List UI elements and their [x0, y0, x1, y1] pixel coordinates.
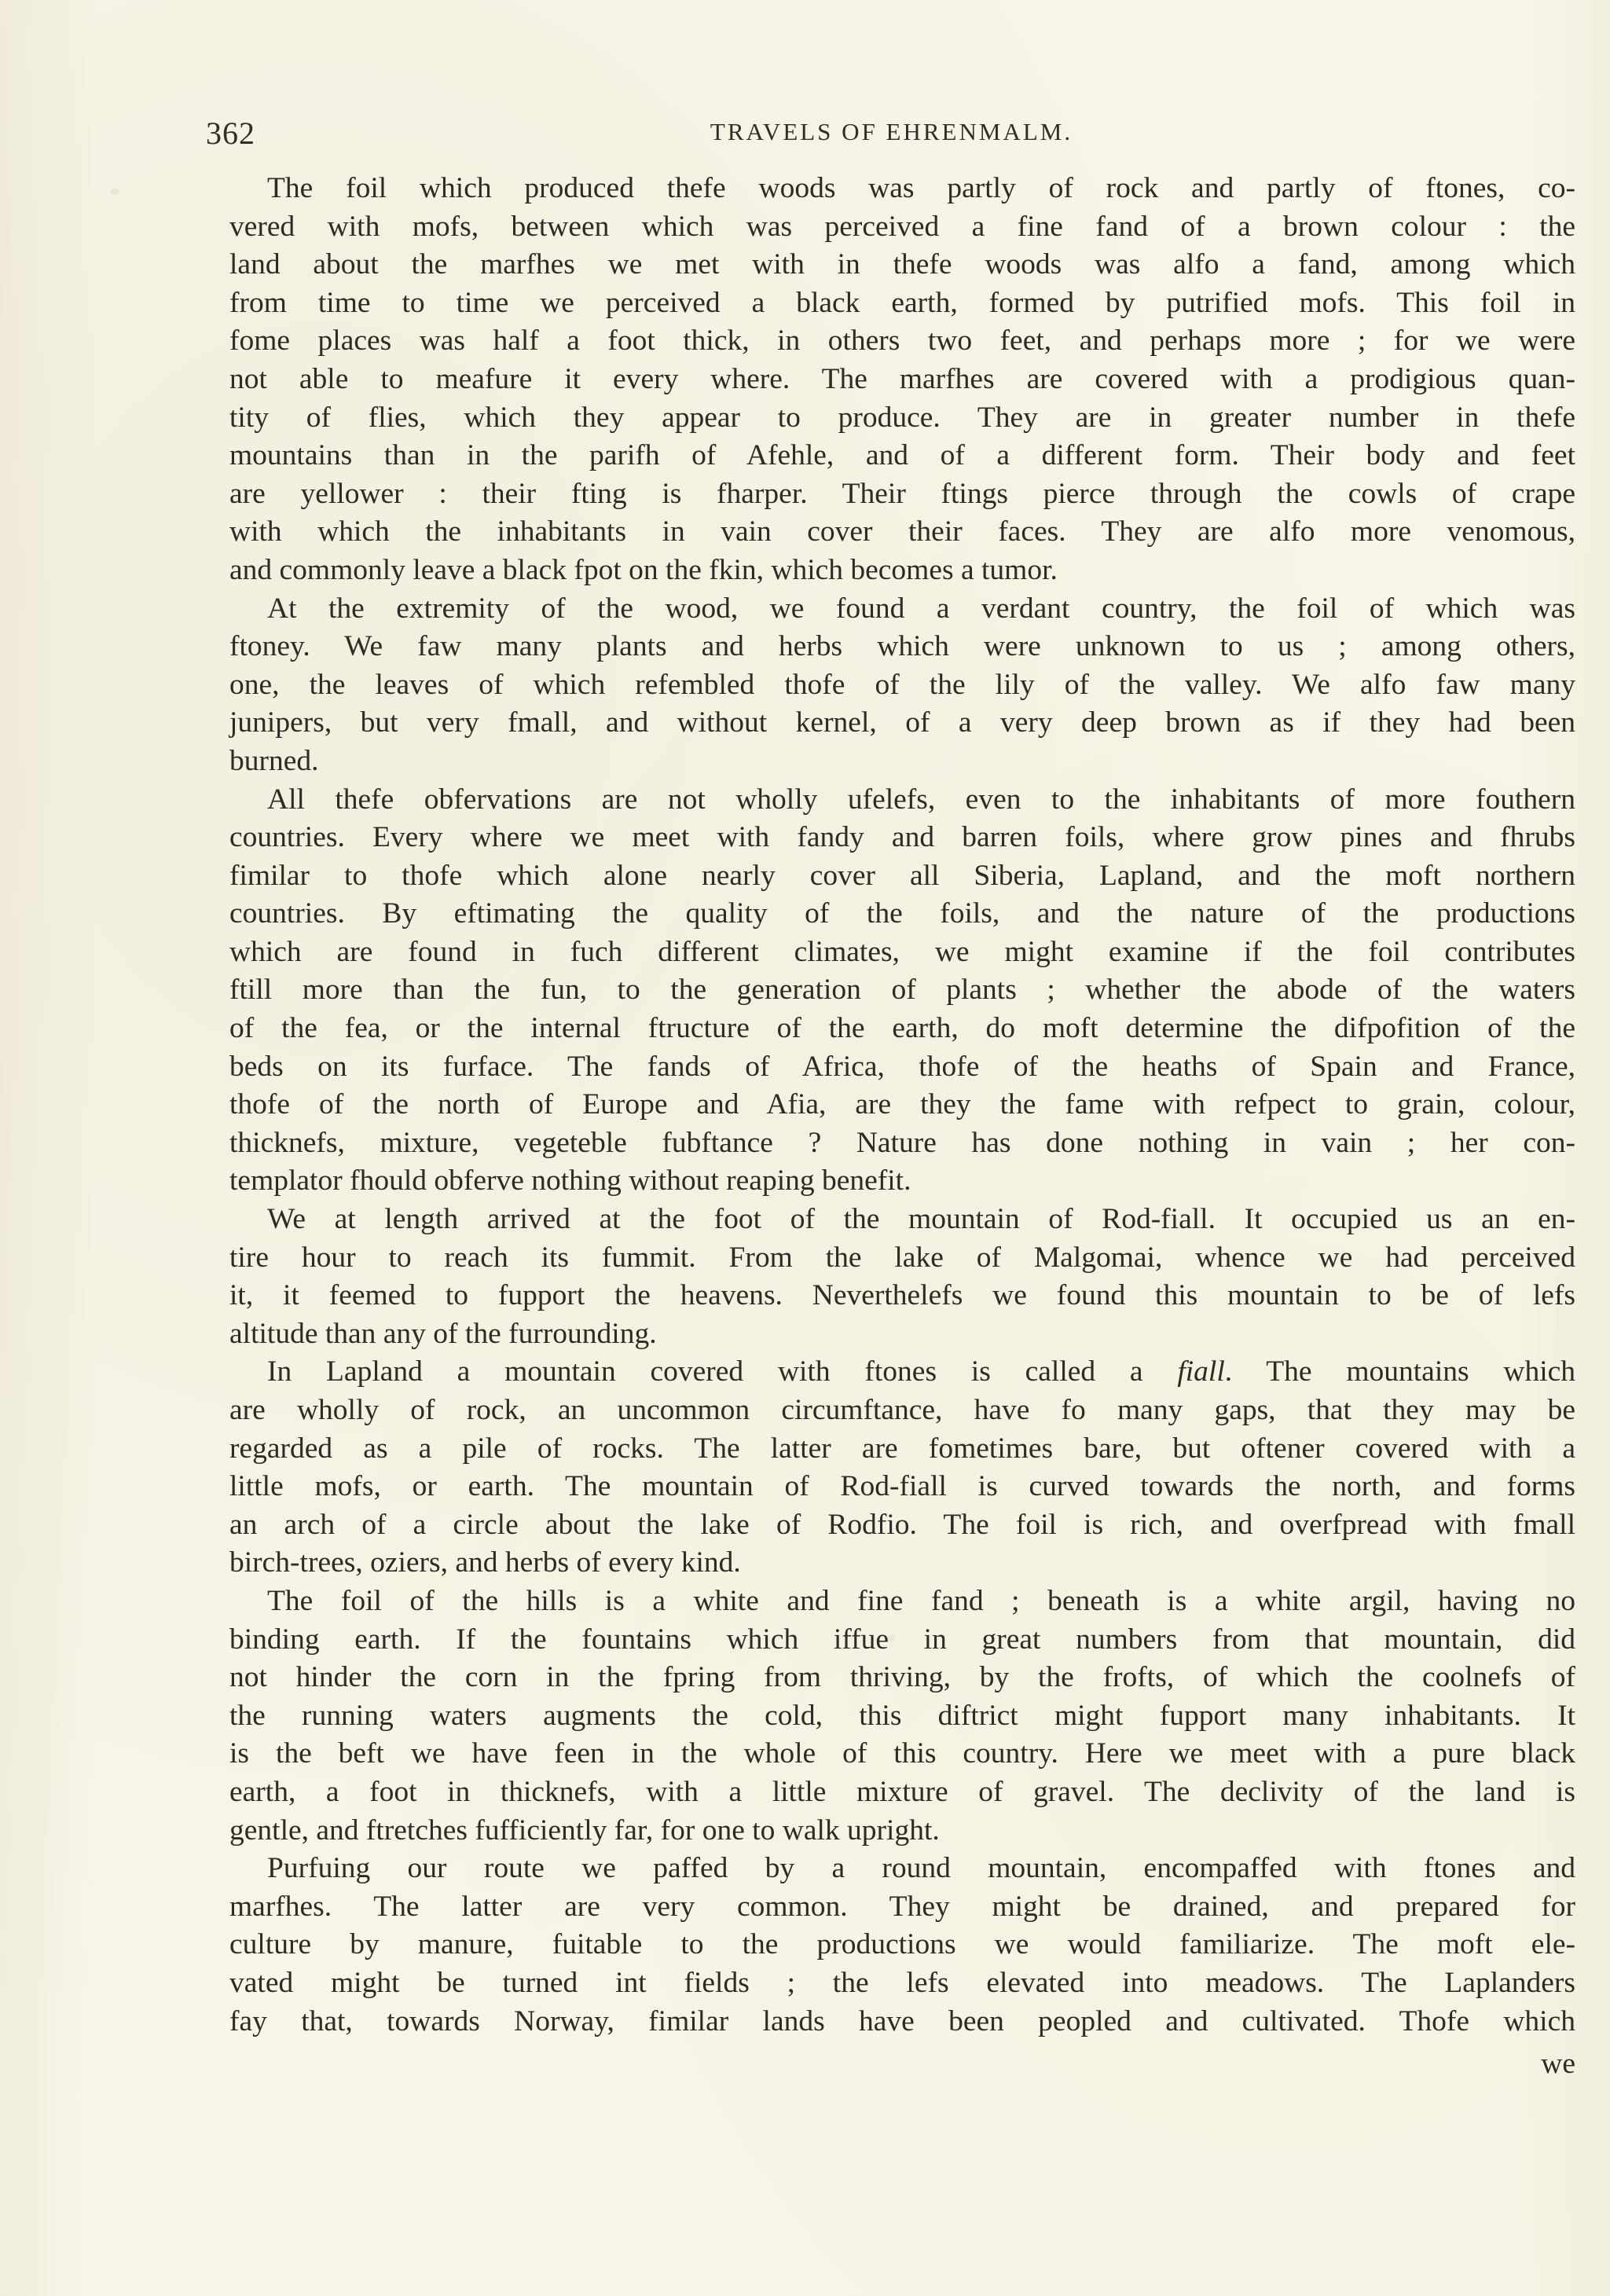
text-line: altitude than any of the furrounding.: [229, 1315, 1575, 1354]
text-line: from time to time we perceived a black e…: [229, 284, 1575, 323]
text-line: it, it feemed to fupport the heavens. Ne…: [229, 1277, 1575, 1315]
text-line: of the fea, or the internal ftructure of…: [229, 1010, 1575, 1048]
text-line: beds on its furface. The fands of Africa…: [229, 1048, 1575, 1087]
paragraph-hills-soil: The foil of the hills is a white and fin…: [229, 1583, 1575, 1850]
body-text: The foil which produced thefe woods was …: [229, 170, 1575, 2041]
text-line: ftill more than the fun, to the generati…: [229, 971, 1575, 1010]
text-line: are yellower : their fting is fharper. T…: [229, 475, 1575, 514]
book-page: 362 TRAVELS OF EHRENMALM. The foil which…: [0, 0, 1610, 2296]
text-segment: In Lapland a mountain covered with ftone…: [267, 1355, 1177, 1388]
text-line: fimilar to thofe which alone nearly cove…: [229, 857, 1575, 896]
text-line: The foil of the hills is a white and fin…: [229, 1583, 1575, 1621]
paragraph-verdant-country: At the extremity of the wood, we found a…: [229, 590, 1575, 781]
text-line: All thefe obfervations are not wholly uf…: [229, 781, 1575, 820]
paragraph-observations: All thefe obfervations are not wholly uf…: [229, 781, 1575, 1201]
running-title: TRAVELS OF EHRENMALM.: [206, 118, 1577, 146]
text-line: not able to meafure it every where. The …: [229, 361, 1575, 399]
text-line: little mofs, or earth. The mountain of R…: [229, 1468, 1575, 1506]
text-line: vered with mofs, between which was perce…: [229, 208, 1575, 247]
text-line: gentle, and ftretches fufficiently far, …: [229, 1812, 1575, 1850]
text-line: earth, a foot in thicknefs, with a littl…: [229, 1773, 1575, 1812]
text-line: We at length arrived at the foot of the …: [229, 1201, 1575, 1239]
text-line: one, the leaves of which refembled thofe…: [229, 666, 1575, 705]
text-line: land about the marfhes we met with in th…: [229, 246, 1575, 284]
text-line: culture by manure, fuitable to the produ…: [229, 1926, 1575, 1964]
text-line: with which the inhabitants in vain cover…: [229, 513, 1575, 552]
text-line: not hinder the corn in the fpring from t…: [229, 1659, 1575, 1697]
text-line: birch-trees, oziers, and herbs of every …: [229, 1544, 1575, 1583]
text-line: and commonly leave a black fpot on the f…: [229, 552, 1575, 590]
text-line: is the beft we have feen in the whole of…: [229, 1735, 1575, 1773]
paragraph-rod-fiall: We at length arrived at the foot of the …: [229, 1201, 1575, 1353]
text-line: fome places was half a foot thick, in ot…: [229, 322, 1575, 361]
text-line: junipers, but very fmall, and without ke…: [229, 704, 1575, 743]
text-line: an arch of a circle about the lake of Ro…: [229, 1506, 1575, 1545]
text-line: fay that, towards Norway, fimilar lands …: [229, 2003, 1575, 2041]
text-line: templator fhould obferve nothing without…: [229, 1162, 1575, 1201]
text-line: thofe of the north of Europe and Afia, a…: [229, 1086, 1575, 1124]
text-line: thicknefs, mixture, vegeteble fubftance …: [229, 1124, 1575, 1163]
text-line: binding earth. If the fountains which if…: [229, 1621, 1575, 1660]
text-line: tire hour to reach its fummit. From the …: [229, 1239, 1575, 1278]
text-line: tity of flies, which they appear to prod…: [229, 399, 1575, 438]
text-line: regarded as a pile of rocks. The latter …: [229, 1430, 1575, 1469]
paper-stain: [110, 189, 119, 195]
text-line: which are found in fuch different climat…: [229, 933, 1575, 972]
text-line: The foil which produced thefe woods was …: [229, 170, 1575, 208]
paragraph-lapland-fiall: In Lapland a mountain covered with ftone…: [229, 1353, 1575, 1583]
text-line: countries. Every where we meet with fand…: [229, 819, 1575, 857]
text-line: ftoney. We faw many plants and herbs whi…: [229, 628, 1575, 666]
text-line: vated might be turned int fields ; the l…: [229, 1964, 1575, 2003]
text-line: are wholly of rock, an uncommon circumft…: [229, 1392, 1575, 1430]
paragraph-round-mountain: Purfuing our route we paffed by a round …: [229, 1850, 1575, 2041]
paragraph-soil-woods: The foil which produced thefe woods was …: [229, 170, 1575, 590]
text-line: At the extremity of the wood, we found a…: [229, 590, 1575, 629]
running-head: 362 TRAVELS OF EHRENMALM.: [206, 110, 1577, 149]
text-line: the running waters augments the cold, th…: [229, 1697, 1575, 1736]
text-line: countries. By eftimating the quality of …: [229, 895, 1575, 933]
text-line: mountains than in the parifh of Afehle, …: [229, 437, 1575, 475]
text-line-with-italic: In Lapland a mountain covered with ftone…: [229, 1353, 1575, 1392]
catchword: we: [1541, 2047, 1575, 2081]
text-line: Purfuing our route we paffed by a round …: [229, 1850, 1575, 1888]
italic-term: fiall: [1177, 1355, 1224, 1388]
text-segment: . The mountains which: [1225, 1355, 1575, 1388]
text-line: burned.: [229, 743, 1575, 781]
text-line: marfhes. The latter are very common. The…: [229, 1888, 1575, 1927]
